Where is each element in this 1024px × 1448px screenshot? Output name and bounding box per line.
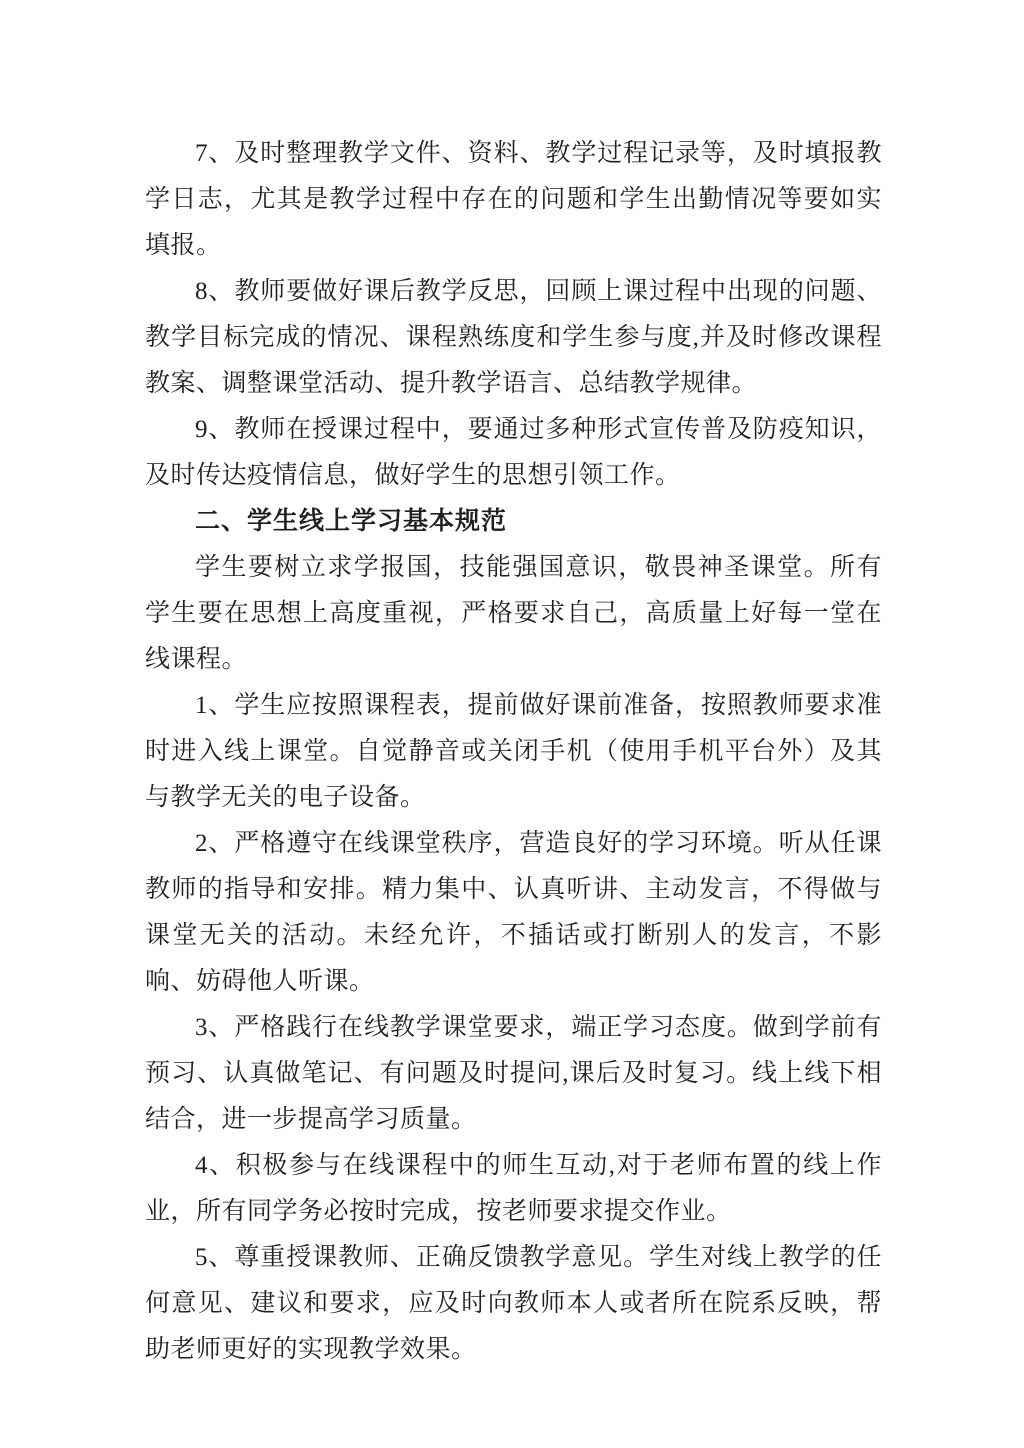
paragraph-item-8: 8、教师要做好课后教学反思，回顾上课过程中出现的问题、教学目标完成的情况、课程熟… — [145, 269, 882, 407]
paragraph-item-3: 3、严格践行在线教学课堂要求，端正学习态度。做到学前有预习、认真做笔记、有问题及… — [145, 1005, 882, 1143]
paragraph-item-2: 2、严格遵守在线课堂秩序，营造良好的学习环境。听从任课教师的指导和安排。精力集中… — [145, 821, 882, 1005]
paragraph-item-4: 4、积极参与在线课程中的师生互动,对于老师布置的线上作业，所有同学务必按时完成，… — [145, 1143, 882, 1235]
document-body: 7、及时整理教学文件、资料、教学过程记录等，及时填报教学日志，尤其是教学过程中存… — [145, 131, 882, 1373]
paragraph-item-7: 7、及时整理教学文件、资料、教学过程记录等，及时填报教学日志，尤其是教学过程中存… — [145, 131, 882, 269]
paragraph-item-5: 5、尊重授课教师、正确反馈教学意见。学生对线上教学的任何意见、建议和要求，应及时… — [145, 1235, 882, 1373]
section-heading-student-rules: 二、学生线上学习基本规范 — [145, 499, 882, 545]
document-page: 7、及时整理教学文件、资料、教学过程记录等，及时填报教学日志，尤其是教学过程中存… — [0, 0, 1024, 1448]
paragraph-item-1: 1、学生应按照课程表，提前做好课前准备，按照教师要求准时进入线上课堂。自觉静音或… — [145, 683, 882, 821]
paragraph-intro-students: 学生要树立求学报国，技能强国意识，敬畏神圣课堂。所有学生要在思想上高度重视，严格… — [145, 545, 882, 683]
paragraph-item-9: 9、教师在授课过程中，要通过多种形式宣传普及防疫知识，及时传达疫情信息，做好学生… — [145, 407, 882, 499]
